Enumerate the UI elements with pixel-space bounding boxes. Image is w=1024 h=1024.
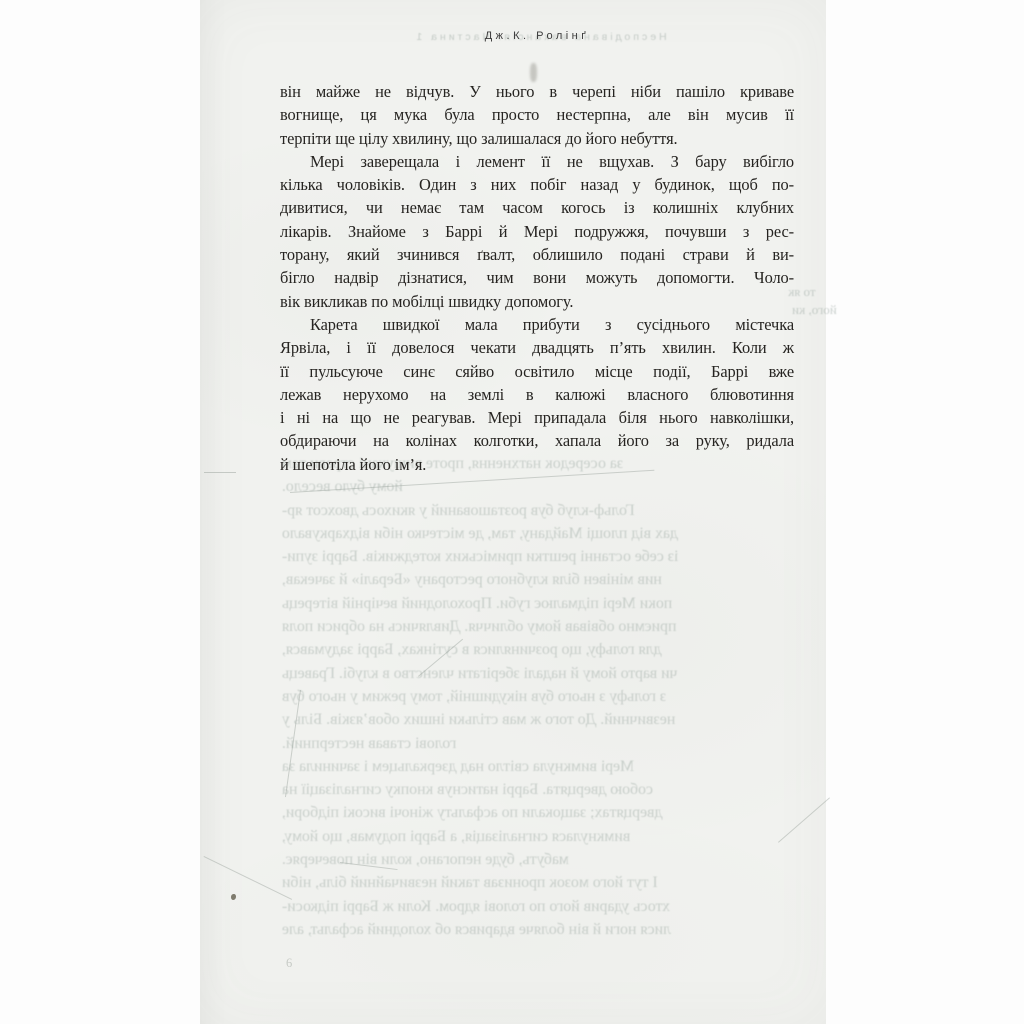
text-line: бігло надвір дізнатися, чим вони можуть … (280, 266, 794, 289)
bleedthrough-line: лися ноги й він боляче вдарився об холод… (282, 918, 802, 941)
text-line: Ярвіла, і її довелося чекати двадцять п’… (280, 336, 794, 359)
bleedthrough-line: незвичний. До того ж мав стільки інших о… (282, 708, 802, 731)
running-header-author: Дж.К. Ролінґ (280, 30, 794, 42)
bleedthrough-line: голові ставав нестерпний. (282, 732, 802, 755)
bleedthrough-line: нив мінівен біля клубного ресторану «Бер… (282, 568, 802, 591)
bleedthrough-line: Гольф-клуб був розташований у якихось дв… (282, 499, 802, 522)
text-line: й шепотіла його ім’я. (280, 453, 794, 476)
text-line: кілька чоловіків. Один з них побіг назад… (280, 173, 794, 196)
text-line: він майже не відчув. У нього в черепі ні… (280, 80, 794, 103)
bleedthrough-line: дверцятах; защокали по асфальту жіночі в… (282, 801, 802, 824)
bleedthrough-fragment: його, ки (792, 302, 837, 318)
text-line: торану, який зчинився ґвалт, облишило по… (280, 243, 794, 266)
paragraph: він майже не відчув. У нього в черепі ні… (280, 80, 794, 150)
body-text-block: він майже не відчув. У нього в черепі ні… (280, 80, 794, 476)
text-line: терпіти ще цілу хвилину, що залишалася д… (280, 127, 794, 150)
text-line: її пульсуюче синє сяйво освітило місце п… (280, 360, 794, 383)
paragraph: Карета швидкої мала прибути з сусіднього… (280, 313, 794, 476)
text-line: обдираючи на колінах колготки, хапала йо… (280, 429, 794, 452)
scanner-background: Несподівана вакансія. Частина 1 Дж.К. Ро… (0, 0, 1024, 1024)
text-line: вік викликав по мобілці швидку допомогу. (280, 290, 794, 313)
text-line: дивитися, чи немає там часом когось із к… (280, 196, 794, 219)
text-line: лікарів. Знайоме з Баррі й Мері подружжя… (280, 220, 794, 243)
bleedthrough-line: хтось ударив його по голові ядром. Коли … (282, 895, 802, 918)
bleedthrough-line: приємно обвівав йому обличчя. Дивлячись … (282, 615, 802, 638)
text-line: вогнище, ця мука була просто нестерпна, … (280, 103, 794, 126)
page-number: 6 (286, 956, 292, 971)
scratch-mark (204, 472, 236, 473)
text-line: лежав нерухомо на землі в калюжі власног… (280, 383, 794, 406)
bleedthrough-line: дах від площі Майдану, там, де містечко … (282, 522, 802, 545)
text-line: Карета швидкої мала прибути з сусіднього… (280, 313, 794, 336)
bleedthrough-line: І тут його мозок пронизав такий незвичай… (282, 871, 802, 894)
paragraph: Мері заверещала і лемент її не вщухав. З… (280, 150, 794, 313)
bleedthrough-line: з гольфу з нього був нікудишній, тому ре… (282, 685, 802, 708)
bleedthrough-line: собою дверцята. Баррі натиснув кнопку си… (282, 778, 802, 801)
bleedthrough-line: поки Мері підмалює губи. Прохолодний веч… (282, 592, 802, 615)
bleedthrough-line: Мері вимкнула світло над дзеркальцем і з… (282, 755, 802, 778)
text-line: і ні на що не реагував. Мері припадала б… (280, 406, 794, 429)
bleedthrough-line: чи варто йому й надалі зберігати членств… (282, 662, 802, 685)
bleedthrough-line: вимкнулася сигналізація, а Баррі подумав… (282, 825, 802, 848)
verso-bleedthrough-text: за осередок натхнення, проте вишукані ст… (282, 452, 802, 941)
bleedthrough-line: для гольфу, що розчинялися в сутінках, Б… (282, 638, 802, 661)
bleedthrough-line: мабуть, буде непогано, коли він повечеря… (282, 848, 802, 871)
ink-speck (231, 894, 236, 900)
scratch-mark (204, 856, 293, 900)
bleedthrough-line: із себе останні рештки приміських котедж… (282, 545, 802, 568)
book-page-scan: Несподівана вакансія. Частина 1 Дж.К. Ро… (200, 0, 826, 1024)
text-line: Мері заверещала і лемент її не вщухав. З… (280, 150, 794, 173)
